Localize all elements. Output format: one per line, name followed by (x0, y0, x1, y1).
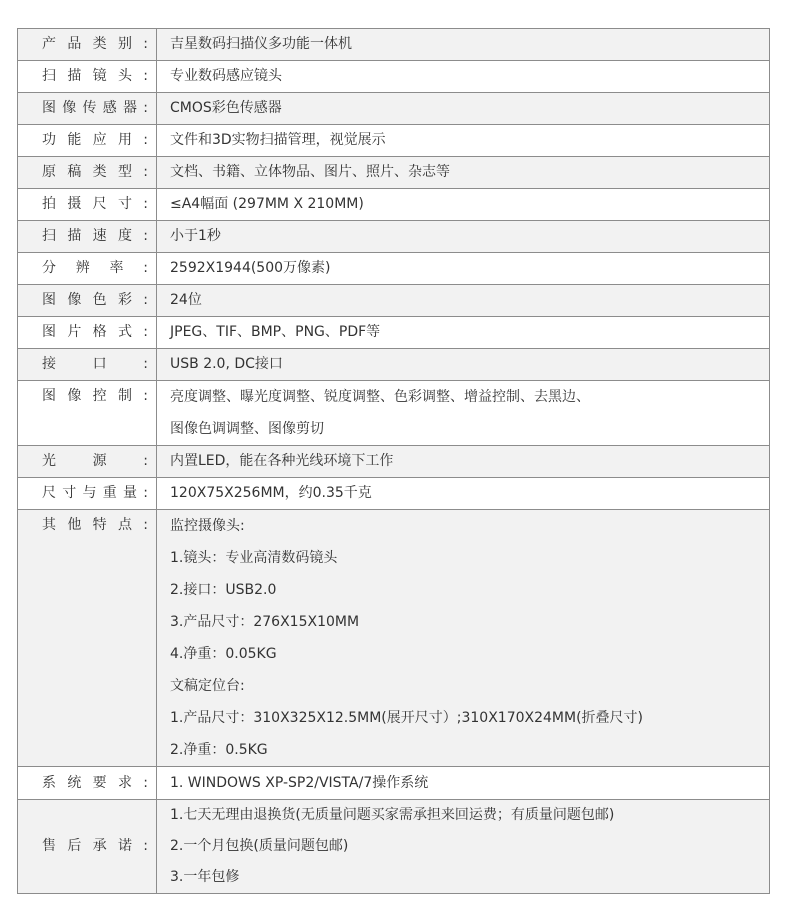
spec-row-image-format: 图片格式: JPEG、TIF、BMP、PNG、PDF等 (18, 317, 770, 349)
spec-value: 3.产品尺寸：276X15X10MM (170, 606, 769, 638)
spec-row-light-source: 光源: 内置LED，能在各种光线环境下工作 (18, 446, 770, 478)
spec-value-cell: 2592X1944(500万像素) (157, 253, 770, 285)
spec-label-cell: 系统要求: (18, 767, 157, 800)
spec-value-cell: 24位 (157, 285, 770, 317)
spec-label: 扫描速度: (42, 221, 148, 252)
spec-row-color-depth: 图像色彩: 24位 (18, 285, 770, 317)
spec-row-other-features: 其他特点: 监控摄像头: 1.镜头：专业高清数码镜头 2.接口：USB2.0 3… (18, 510, 770, 767)
spec-label: 售后承诺: (42, 831, 148, 862)
spec-value: 1. WINDOWS XP-SP2/VISTA/7操作系统 (170, 767, 769, 799)
spec-value: 1.七天无理由退换货(无质量问题买家需承担来回运费；有质量问题包邮) (170, 800, 769, 831)
spec-value: 4.净重：0.05KG (170, 638, 769, 670)
spec-value: 文档、书籍、立体物品、图片、照片、杂志等 (170, 157, 769, 188)
spec-row-after-sales: 售后承诺: 1.七天无理由退换货(无质量问题买家需承担来回运费；有质量问题包邮)… (18, 800, 770, 894)
spec-label: 拍摄尺寸: (42, 189, 148, 220)
spec-value: 吉星数码扫描仪多功能一体机 (170, 29, 769, 60)
spec-label-cell: 光源: (18, 446, 157, 478)
spec-value: JPEG、TIF、BMP、PNG、PDF等 (170, 317, 769, 348)
spec-row-interface: 接口: USB 2.0, DC接口 (18, 349, 770, 381)
spec-row-image-control: 图像控制: 亮度调整、曝光度调整、锐度调整、色彩调整、增益控制、去黑边、 图像色… (18, 381, 770, 446)
spec-label: 原稿类型: (42, 157, 148, 188)
spec-value-cell: 亮度调整、曝光度调整、锐度调整、色彩调整、增益控制、去黑边、 图像色调调整、图像… (157, 381, 770, 446)
spec-row-scan-lens: 扫描镜头: 专业数码感应镜头 (18, 61, 770, 93)
spec-value: 小于1秒 (170, 221, 769, 252)
spec-label-cell: 功能应用: (18, 125, 157, 157)
spec-value-cell: 吉星数码扫描仪多功能一体机 (157, 29, 770, 61)
spec-value: 文件和3D实物扫描管理，视觉展示 (170, 125, 769, 156)
spec-value: 监控摄像头: (170, 510, 769, 542)
spec-label-cell: 产品类别: (18, 29, 157, 61)
spec-label-cell: 拍摄尺寸: (18, 189, 157, 221)
spec-label-cell: 分辨率: (18, 253, 157, 285)
spec-value-cell: 文档、书籍、立体物品、图片、照片、杂志等 (157, 157, 770, 189)
spec-row-resolution: 分辨率: 2592X1944(500万像素) (18, 253, 770, 285)
spec-row-scan-speed: 扫描速度: 小于1秒 (18, 221, 770, 253)
spec-label-cell: 图像色彩: (18, 285, 157, 317)
spec-label-cell: 原稿类型: (18, 157, 157, 189)
spec-value: 2592X1944(500万像素) (170, 253, 769, 284)
spec-value: 内置LED，能在各种光线环境下工作 (170, 446, 769, 477)
spec-label-cell: 图像控制: (18, 381, 157, 446)
spec-value-cell: 内置LED，能在各种光线环境下工作 (157, 446, 770, 478)
spec-label-cell: 尺寸与重量: (18, 478, 157, 510)
spec-row-capture-size: 拍摄尺寸: ≤A4幅面 (297MM X 210MM) (18, 189, 770, 221)
spec-label-cell: 其他特点: (18, 510, 157, 767)
spec-label: 图像传感器: (42, 93, 148, 124)
spec-label: 其他特点: (42, 510, 148, 541)
spec-label-cell: 接口: (18, 349, 157, 381)
spec-value: 3.一年包修 (170, 862, 769, 893)
spec-label: 图片格式: (42, 317, 148, 348)
spec-value: 24位 (170, 285, 769, 316)
spec-value-cell: 监控摄像头: 1.镜头：专业高清数码镜头 2.接口：USB2.0 3.产品尺寸：… (157, 510, 770, 767)
spec-label: 功能应用: (42, 125, 148, 156)
spec-value-cell: ≤A4幅面 (297MM X 210MM) (157, 189, 770, 221)
spec-label: 图像色彩: (42, 285, 148, 316)
spec-label: 尺寸与重量: (42, 478, 148, 509)
spec-value: 2.一个月包换(质量问题包邮) (170, 831, 769, 862)
spec-label-cell: 图片格式: (18, 317, 157, 349)
spec-value-cell: 120X75X256MM，约0.35千克 (157, 478, 770, 510)
spec-row-system-requirements: 系统要求: 1. WINDOWS XP-SP2/VISTA/7操作系统 (18, 767, 770, 800)
spec-value: 图像色调调整、图像剪切 (170, 413, 769, 445)
spec-value-cell: CMOS彩色传感器 (157, 93, 770, 125)
spec-value: 1.产品尺寸：310X325X12.5MM(展开尺寸）;310X170X24MM… (170, 702, 769, 734)
spec-label: 系统要求: (42, 768, 148, 799)
spec-label: 图像控制: (42, 381, 148, 412)
spec-label-cell: 图像传感器: (18, 93, 157, 125)
spec-value-cell: JPEG、TIF、BMP、PNG、PDF等 (157, 317, 770, 349)
spec-value-cell: 1.七天无理由退换货(无质量问题买家需承担来回运费；有质量问题包邮) 2.一个月… (157, 800, 770, 894)
spec-label-cell: 扫描速度: (18, 221, 157, 253)
spec-value: 文稿定位台: (170, 670, 769, 702)
spec-row-function: 功能应用: 文件和3D实物扫描管理，视觉展示 (18, 125, 770, 157)
spec-value: 2.净重：0.5KG (170, 734, 769, 766)
spec-row-product-category: 产品类别: 吉星数码扫描仪多功能一体机 (18, 29, 770, 61)
spec-label: 光源: (42, 446, 148, 477)
spec-label: 接口: (42, 349, 148, 380)
spec-value: 2.接口：USB2.0 (170, 574, 769, 606)
spec-label: 扫描镜头: (42, 61, 148, 92)
spec-value: CMOS彩色传感器 (170, 93, 769, 124)
spec-value: 120X75X256MM，约0.35千克 (170, 478, 769, 509)
spec-value-cell: 文件和3D实物扫描管理，视觉展示 (157, 125, 770, 157)
spec-value-cell: 小于1秒 (157, 221, 770, 253)
spec-label-cell: 扫描镜头: (18, 61, 157, 93)
spec-value: ≤A4幅面 (297MM X 210MM) (170, 189, 769, 220)
spec-row-image-sensor: 图像传感器: CMOS彩色传感器 (18, 93, 770, 125)
spec-value-cell: 专业数码感应镜头 (157, 61, 770, 93)
spec-value-cell: USB 2.0, DC接口 (157, 349, 770, 381)
spec-value: USB 2.0, DC接口 (170, 349, 769, 380)
spec-value: 专业数码感应镜头 (170, 61, 769, 92)
spec-row-document-type: 原稿类型: 文档、书籍、立体物品、图片、照片、杂志等 (18, 157, 770, 189)
spec-label: 分辨率: (42, 253, 148, 284)
spec-value: 1.镜头：专业高清数码镜头 (170, 542, 769, 574)
spec-value: 亮度调整、曝光度调整、锐度调整、色彩调整、增益控制、去黑边、 (170, 381, 769, 413)
spec-value-cell: 1. WINDOWS XP-SP2/VISTA/7操作系统 (157, 767, 770, 800)
spec-label-cell: 售后承诺: (18, 800, 157, 894)
spec-row-size-weight: 尺寸与重量: 120X75X256MM，约0.35千克 (18, 478, 770, 510)
spec-label: 产品类别: (42, 29, 148, 60)
spec-table: 产品类别: 吉星数码扫描仪多功能一体机 扫描镜头: 专业数码感应镜头 图像传感器… (17, 28, 770, 894)
